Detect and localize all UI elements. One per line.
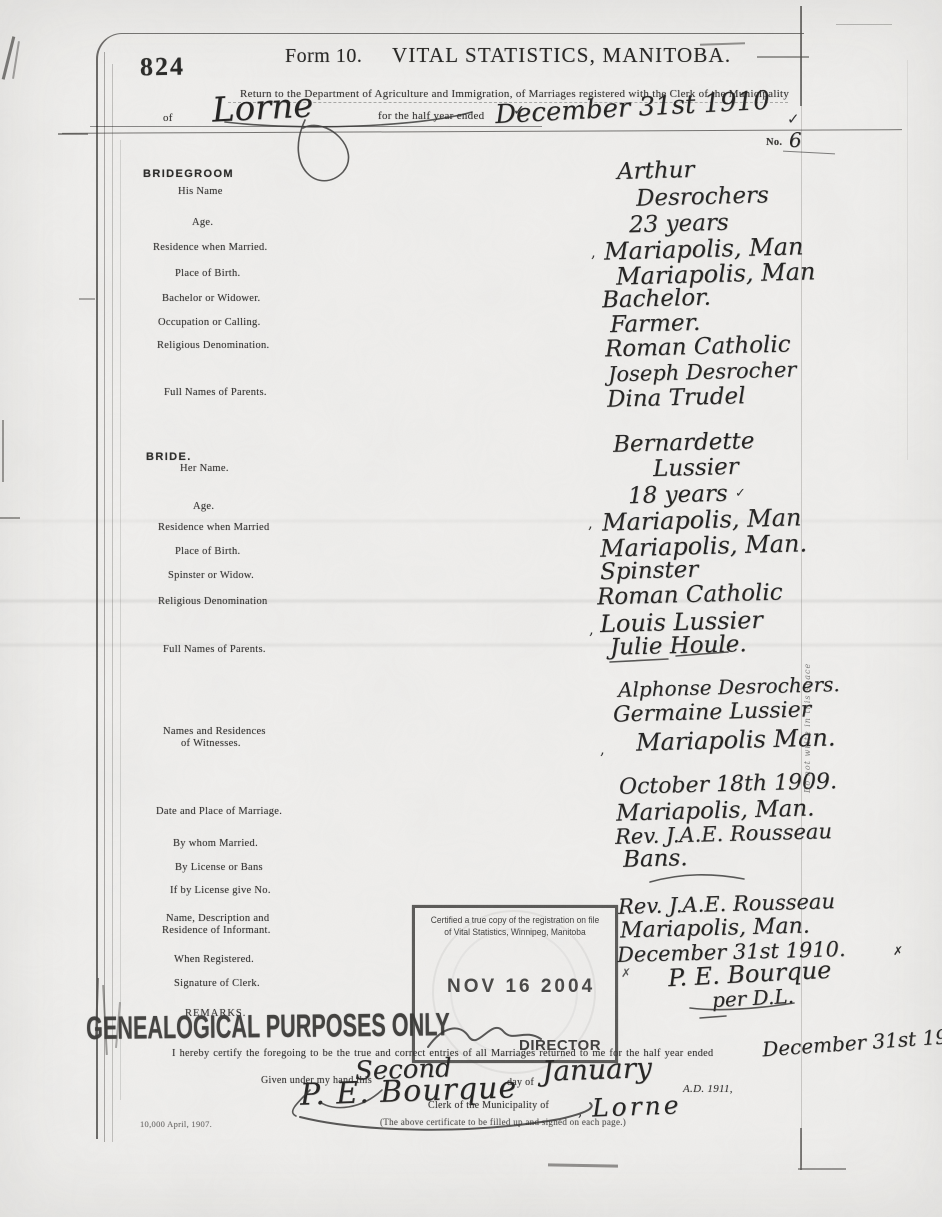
clerk-of-municipality-label: Clerk of the Municipality of [428, 1100, 549, 1111]
cross-mark: ✗ [893, 944, 903, 958]
margin-dash [0, 517, 20, 519]
genealogical-purposes-stamp: GENEALOGICAL PURPOSES ONLY [86, 1007, 450, 1048]
label-bride-name: Her Name. [180, 463, 229, 474]
pen-dash [798, 1168, 846, 1170]
label-informant-1: Name, Description and [166, 913, 269, 924]
pen-dash [836, 24, 892, 25]
margin-scribble [12, 41, 20, 79]
value-groom-mother: Dina Trudel [607, 383, 746, 413]
label-groom-status: Bachelor or Widower. [162, 293, 260, 304]
value-bride-surname: Lussier [653, 454, 739, 482]
page-title: VITAL STATISTICS, MANITOBA. [392, 43, 731, 68]
form-number: Form 10. [285, 45, 362, 68]
right-margin-line [801, 6, 802, 1166]
municipality-name-handwritten: Lorne [211, 85, 314, 130]
label-bride-birthplace: Place of Birth. [175, 546, 240, 557]
label-license: By License or Bans [175, 862, 263, 873]
label-groom-parents: Full Names of Parents. [164, 387, 267, 398]
check-mark: ✓ [735, 486, 746, 501]
pen-dash [757, 56, 809, 58]
value-marriage-license: Bans. [623, 845, 688, 873]
registration-number-handwritten: 6 [789, 128, 802, 152]
municipality-blank-line [90, 126, 542, 127]
label-bride-residence: Residence when Married [158, 522, 270, 533]
value-groom-surname: Desrochers [636, 182, 769, 211]
value-per: per D.L. [711, 984, 794, 1012]
tick-mark: , [600, 740, 605, 758]
binding-line [104, 52, 105, 1142]
label-bride-parents: Full Names of Parents. [163, 644, 266, 655]
scanned-marriage-return-document: 824 Form 10. VITAL STATISTICS, MANITOBA.… [0, 0, 942, 1217]
page-number-stamp: 824 [140, 52, 186, 83]
section-bride: BRIDE. [146, 451, 192, 463]
value-groom-father: Joseph Desrocher [608, 358, 797, 387]
value-groom-first-name: Arthur [617, 157, 695, 185]
label-bride-religion: Religious Denomination [158, 596, 268, 607]
label-by-whom: By whom Married. [173, 838, 258, 849]
section-bridegroom: BRIDEGROOM [143, 168, 234, 180]
margin-note-vertical: Do not write in this space [803, 663, 812, 793]
label-groom-birthplace: Place of Birth. [175, 268, 240, 279]
label-witnesses-1: Names and Residences [163, 726, 266, 737]
month-value-handwritten: January [541, 1051, 652, 1088]
label-bride-age: Age. [193, 501, 214, 512]
footnote: (The above certificate to be filled up a… [380, 1117, 626, 1127]
label-groom-occupation: Occupation or Calling. [158, 317, 261, 328]
label-groom-religion: Religious Denomination. [157, 340, 269, 351]
value-bride-status: Spinster [600, 557, 699, 586]
certified-stamp-line2: of Vital Statistics, Winnipeg, Manitoba [421, 927, 609, 937]
tick-mark: , [591, 243, 596, 261]
label-groom-name: His Name [178, 186, 223, 197]
check-mark: ✓ [787, 110, 800, 128]
period-label: for the half year ended [378, 110, 484, 122]
label-date-place: Date and Place of Marriage. [156, 806, 282, 817]
label-informant-2: Residence of Informant. [162, 925, 271, 936]
label-license-no: If by License give No. [170, 885, 271, 896]
right-margin-line-dark-bottom [800, 1128, 802, 1170]
certified-stamp-line1: Certified a true copy of the registratio… [421, 915, 609, 925]
scan-edge-line [907, 60, 908, 460]
value-witness-2: Germaine Lussier [613, 697, 812, 727]
margin-dash [79, 298, 95, 300]
year-label: A.D. 1911, [683, 1083, 733, 1095]
label-groom-age: Age. [192, 217, 213, 228]
label-witnesses-2: of Witnesses. [181, 738, 241, 749]
value-bride-mother: Julie Houle. [610, 631, 747, 661]
check-mark: ✓ [513, 103, 525, 119]
of-label: of [163, 112, 173, 124]
no-label: No. [766, 137, 782, 148]
label-signature-clerk: Signature of Clerk. [174, 978, 260, 989]
label-groom-residence: Residence when Married. [153, 242, 267, 253]
cross-mark: ✗ [621, 966, 631, 980]
certified-stamp-date: NOV 16 2004 [447, 976, 595, 998]
label-when-registered: When Registered. [174, 954, 254, 965]
tick-mark: , [588, 514, 593, 532]
certified-copy-stamp: Certified a true copy of the registratio… [412, 905, 618, 1063]
print-run-note: 10,000 April, 1907. [140, 1119, 212, 1129]
tick-mark: , [589, 620, 594, 638]
margin-scribble [2, 420, 4, 482]
binding-line [120, 140, 121, 1100]
label-bride-status: Spinster or Widow. [168, 570, 254, 581]
binding-line [112, 64, 113, 1142]
pen-dash [548, 1163, 618, 1167]
